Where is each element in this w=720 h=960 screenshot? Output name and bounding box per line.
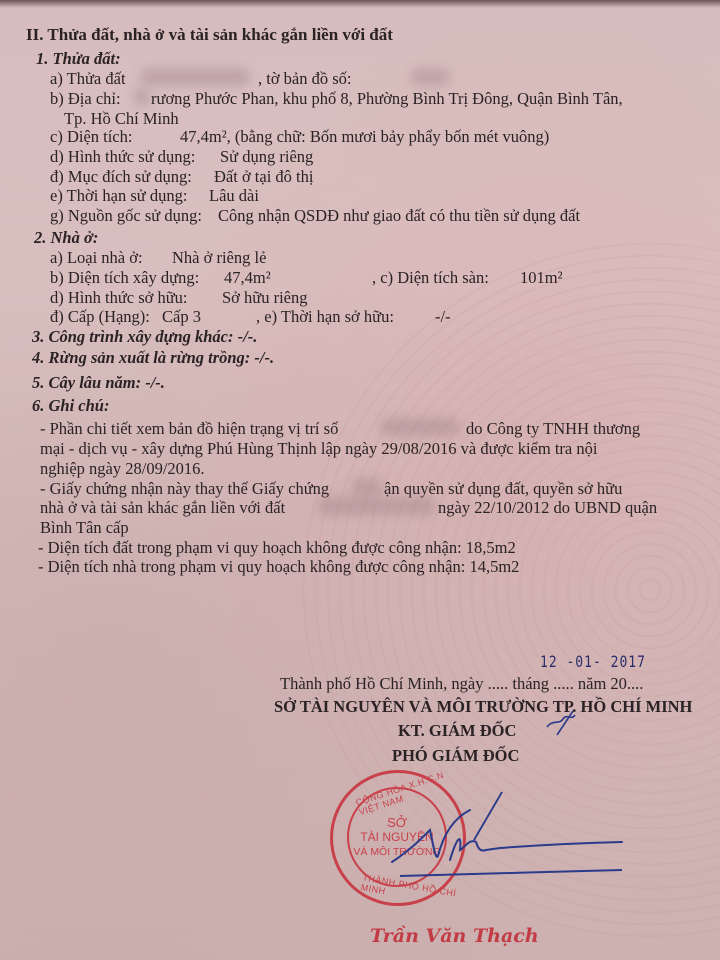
note-1-part2: do Công ty TNHH thương bbox=[466, 419, 640, 439]
land-origin-value: Công nhận QSDĐ như giao đất có thu tiền … bbox=[218, 206, 580, 226]
house-grade-label: đ) Cấp (Hạng): bbox=[50, 307, 150, 327]
land-heading: 1. Thửa đất: bbox=[36, 49, 121, 69]
production-forest: 4. Rừng sản xuất là rừng trồng: -/-. bbox=[32, 348, 274, 368]
note-3: - Diện tích đất trong phạm vi quy hoạch … bbox=[38, 538, 516, 558]
house-grade-value: Cấp 3 bbox=[162, 307, 201, 327]
note-2-part2: ận quyền sử dụng đất, quyền sở hữu bbox=[384, 479, 622, 499]
land-use-purpose-label: đ) Mục đích sử dụng: bbox=[50, 167, 192, 187]
signer-name: Trần Văn Thạch bbox=[370, 925, 539, 947]
initials-mark bbox=[545, 705, 585, 737]
land-parcel-label: a) Thửa đất bbox=[50, 69, 126, 89]
perennial-trees: 5. Cây lâu năm: -/-. bbox=[32, 373, 165, 393]
land-map-sheet-label: , tờ bản đồ số: bbox=[258, 69, 352, 89]
house-build-area-value: 47,4m² bbox=[224, 268, 271, 288]
land-origin-label: g) Nguồn gốc sử dụng: bbox=[50, 206, 202, 226]
redacted-old-certificate-number bbox=[318, 497, 436, 515]
handwritten-signature bbox=[390, 790, 630, 880]
note-2-part1: - Giấy chứng nhận này thay thế Giấy chứn… bbox=[40, 479, 329, 499]
note-2-line2a: nhà ở và tài sản khác gắn liền với đất bbox=[40, 498, 285, 518]
note-1-part1: - Phần chi tiết xem bản đồ hiện trạng vị… bbox=[40, 419, 338, 439]
house-floor-area-label: , c) Diện tích sàn: bbox=[372, 268, 489, 288]
house-heading: 2. Nhà ở: bbox=[34, 228, 98, 248]
land-area-label: c) Diện tích: bbox=[50, 127, 132, 147]
redacted-map-number bbox=[380, 418, 460, 436]
page-top-edge bbox=[0, 0, 720, 8]
land-address-label: b) Địa chỉ: bbox=[50, 89, 121, 109]
house-ownership-term-value: -/- bbox=[435, 307, 451, 327]
land-use-form-label: d) Hình thức sử dụng: bbox=[50, 147, 195, 167]
note-1-line3: nghiệp ngày 28/09/2016. bbox=[40, 459, 205, 479]
land-use-form-value: Sử dụng riêng bbox=[220, 147, 313, 167]
redacted-address bbox=[133, 88, 151, 106]
note-4: - Diện tích nhà trong phạm vi quy hoạch … bbox=[38, 557, 519, 577]
land-use-term-label: e) Thời hạn sử dụng: bbox=[50, 186, 187, 206]
note-2-line2b: ngày 22/10/2012 do UBND quận bbox=[438, 498, 657, 518]
house-build-area-label: b) Diện tích xây dựng: bbox=[50, 268, 199, 288]
house-floor-area-value: 101m² bbox=[520, 268, 563, 288]
stamped-date: 12 -01- 2017 bbox=[540, 653, 646, 672]
section-title: II. Thửa đất, nhà ở và tài sản khác gắn … bbox=[26, 25, 393, 45]
department-name: SỞ TÀI NGUYÊN VÀ MÔI TRƯỜNG TP. HỒ CHÍ M… bbox=[274, 697, 692, 717]
land-address-city: Tp. Hồ Chí Minh bbox=[64, 109, 179, 129]
land-use-purpose-value: Đất ở tại đô thị bbox=[214, 167, 313, 187]
redacted-parcel-number bbox=[140, 68, 250, 86]
house-ownership-term-label: , e) Thời hạn sở hữu: bbox=[256, 307, 394, 327]
land-area-value: 47,4m², (bằng chữ: Bốn mươi bảy phẩy bốn… bbox=[180, 127, 549, 147]
house-type-value: Nhà ở riêng lẻ bbox=[172, 248, 266, 268]
note-1-line2: mại - dịch vụ - xây dựng Phú Hùng Thịnh … bbox=[40, 439, 597, 459]
land-address-value: rương Phước Phan, khu phố 8, Phường Bình… bbox=[151, 89, 623, 109]
notes-heading: 6. Ghi chú: bbox=[32, 396, 109, 416]
kt-director: KT. GIÁM ĐỐC bbox=[398, 721, 516, 741]
house-type-label: a) Loại nhà ở: bbox=[50, 248, 143, 268]
deputy-director-title: PHÓ GIÁM ĐỐC bbox=[392, 746, 519, 766]
note-2-line3: Bình Tân cấp bbox=[40, 518, 129, 538]
land-use-term-value: Lâu dài bbox=[209, 186, 259, 206]
redacted-map-sheet bbox=[410, 68, 450, 86]
redacted-certificate-word bbox=[352, 478, 382, 496]
other-construction: 3. Công trình xây dựng khác: -/-. bbox=[32, 327, 257, 347]
house-ownership-label: d) Hình thức sở hữu: bbox=[50, 288, 188, 308]
house-ownership-value: Sở hữu riêng bbox=[222, 288, 308, 308]
place-date-line: Thành phố Hồ Chí Minh, ngày ..... tháng … bbox=[280, 674, 643, 694]
